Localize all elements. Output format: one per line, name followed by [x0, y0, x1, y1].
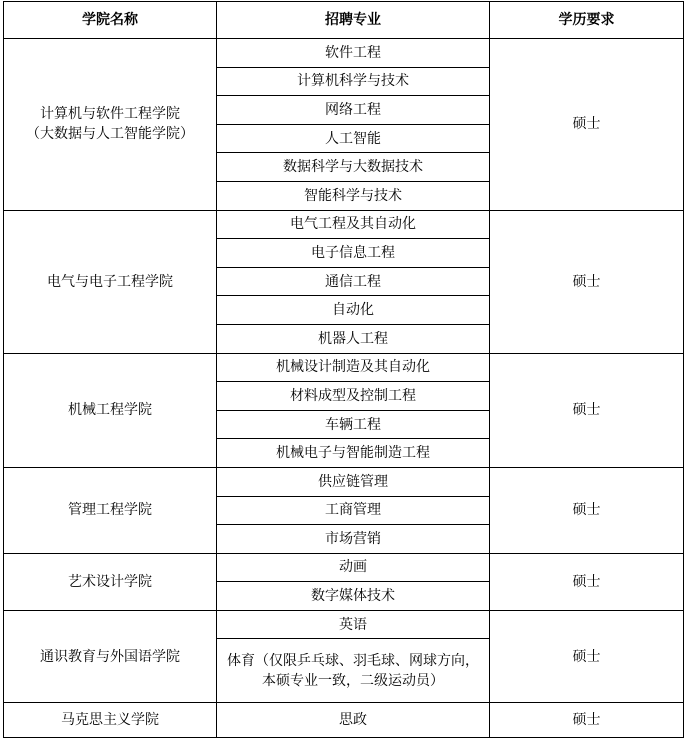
table-row: 通识教育与外国语学院 英语 硕士 [4, 610, 684, 639]
table-row: 电气与电子工程学院 电气工程及其自动化 硕士 [4, 210, 684, 239]
major-cell: 电子信息工程 [217, 239, 490, 268]
table-row: 机械工程学院 机械设计制造及其自动化 硕士 [4, 353, 684, 382]
college-cell: 电气与电子工程学院 [4, 210, 217, 353]
table-row: 计算机与软件工程学院 （大数据与人工智能学院） 软件工程 硕士 [4, 39, 684, 68]
major-cell: 工商管理 [217, 496, 490, 525]
major-cell: 网络工程 [217, 96, 490, 125]
degree-cell: 硕士 [490, 39, 684, 211]
major-cell: 智能科学与技术 [217, 181, 490, 210]
major-cell: 人工智能 [217, 124, 490, 153]
major-cell: 机械电子与智能制造工程 [217, 439, 490, 468]
major-cell: 供应链管理 [217, 467, 490, 496]
table-row: 艺术设计学院 动画 硕士 [4, 553, 684, 582]
header-row: 学院名称 招聘专业 学历要求 [4, 2, 684, 39]
college-cell: 通识教育与外国语学院 [4, 610, 217, 703]
major-cell: 电气工程及其自动化 [217, 210, 490, 239]
table-row: 马克思主义学院 思政 硕士 [4, 703, 684, 738]
college-cell: 艺术设计学院 [4, 553, 217, 610]
header-major: 招聘专业 [217, 2, 490, 39]
degree-cell: 硕士 [490, 703, 684, 738]
major-cell: 数据科学与大数据技术 [217, 153, 490, 182]
table-row: 管理工程学院 供应链管理 硕士 [4, 467, 684, 496]
major-cell: 动画 [217, 553, 490, 582]
header-degree: 学历要求 [490, 2, 684, 39]
major-cell: 计算机科学与技术 [217, 67, 490, 96]
major-cell: 英语 [217, 610, 490, 639]
major-cell: 思政 [217, 703, 490, 738]
degree-cell: 硕士 [490, 467, 684, 553]
major-cell: 车辆工程 [217, 410, 490, 439]
degree-cell: 硕士 [490, 553, 684, 610]
college-cell: 机械工程学院 [4, 353, 217, 467]
major-cell: 材料成型及控制工程 [217, 382, 490, 411]
major-cell: 市场营销 [217, 525, 490, 554]
major-cell: 体育（仅限乒乓球、羽毛球、网球方向， 本硕专业一致，二级运动员） [217, 639, 490, 703]
college-cell: 计算机与软件工程学院 （大数据与人工智能学院） [4, 39, 217, 211]
college-cell: 马克思主义学院 [4, 703, 217, 738]
degree-cell: 硕士 [490, 210, 684, 353]
major-cell: 通信工程 [217, 267, 490, 296]
degree-cell: 硕士 [490, 353, 684, 467]
degree-cell: 硕士 [490, 610, 684, 703]
major-cell: 机器人工程 [217, 324, 490, 353]
major-cell: 自动化 [217, 296, 490, 325]
recruitment-table: 学院名称 招聘专业 学历要求 计算机与软件工程学院 （大数据与人工智能学院） 软… [3, 1, 684, 738]
major-cell: 机械设计制造及其自动化 [217, 353, 490, 382]
major-cell: 软件工程 [217, 39, 490, 68]
college-cell: 管理工程学院 [4, 467, 217, 553]
header-college: 学院名称 [4, 2, 217, 39]
major-cell: 数字媒体技术 [217, 582, 490, 611]
